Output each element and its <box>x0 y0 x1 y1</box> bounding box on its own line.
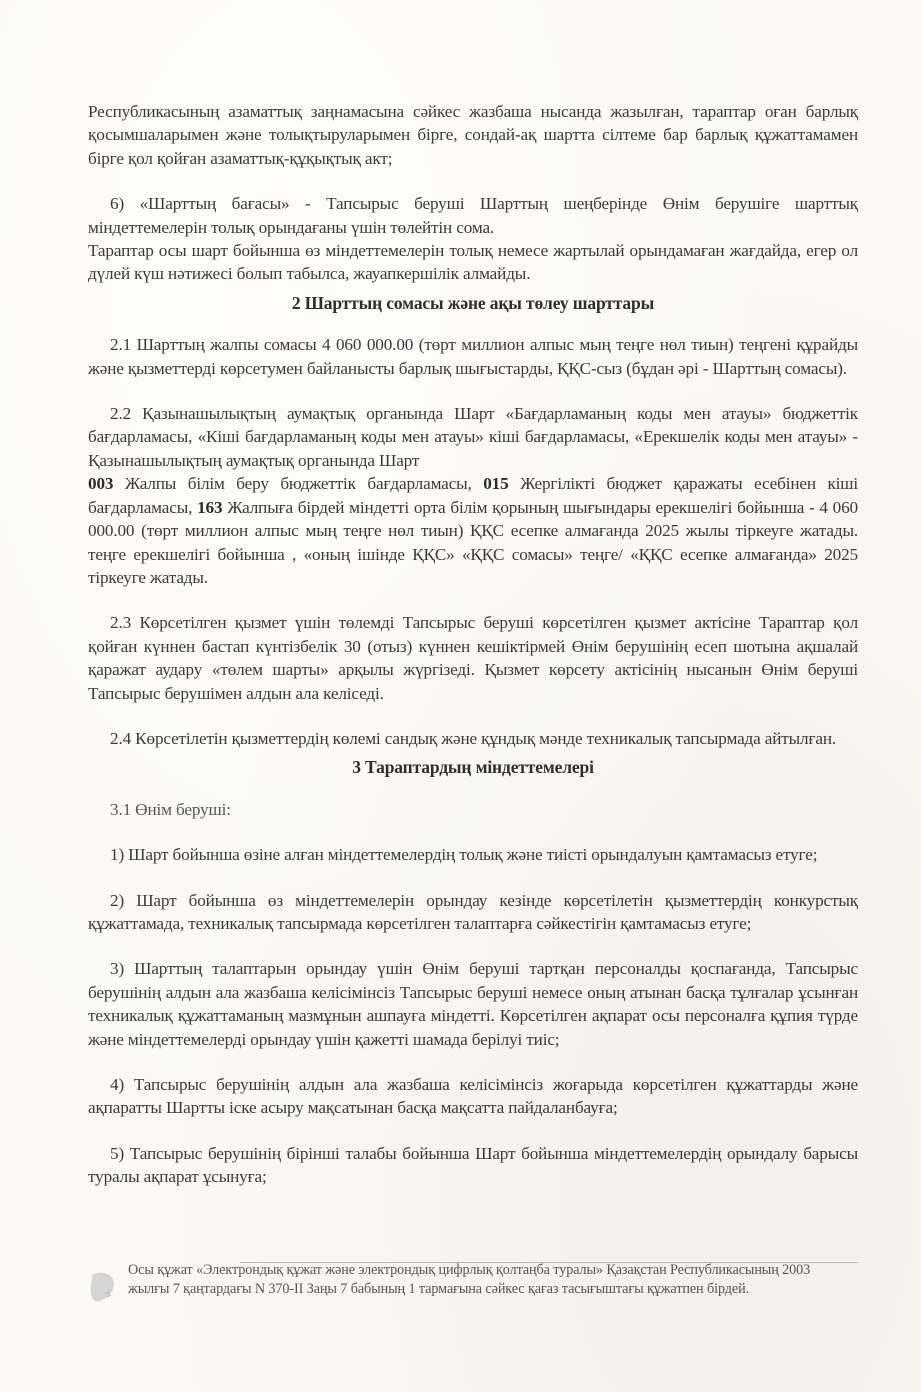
obligation-item-5: 5) Тапсырыс берушінің бірінші талабы бой… <box>88 1142 858 1189</box>
clause-2-4: 2.4 Көрсетілетін қызметтердің көлемі сан… <box>88 727 858 750</box>
clause-2-3: 2.3 Көрсетілген қызмет үшін төлемді Тапс… <box>88 611 858 705</box>
section-3-heading: 3 Тараптардың міндеттемелері <box>88 756 858 779</box>
e-signature-seal-icon <box>88 1270 118 1304</box>
budget-program-code: 003 <box>88 474 113 493</box>
obligation-item-3: 3) Шарттың талаптарын орындау үшін Өнім … <box>88 957 858 1051</box>
e-signature-note: Осы құжат «Электрондық құжат және электр… <box>128 1261 828 1299</box>
intro-paragraph: Республикасының азаматтық заңнамасына сә… <box>88 100 858 170</box>
section-2-heading: 2 Шарттың сомасы және ақы төлеу шарттары <box>88 292 858 315</box>
specific-code: 163 <box>197 498 222 517</box>
force-majeure-paragraph: Тараптар осы шарт бойынша өз міндеттемел… <box>88 239 858 286</box>
clause-2-2: 2.2 Қазынашылықтың аумақтық органында Ша… <box>88 402 858 589</box>
document-page: Республикасының азаматтық заңнамасына сә… <box>0 0 921 1392</box>
clause-2-1: 2.1 Шарттың жалпы сомасы 4 060 000.00 (т… <box>88 333 858 380</box>
clause-2-2-text-2: Жалпы білім беру бюджеттік бағдарламасы, <box>113 474 483 493</box>
obligation-item-2: 2) Шарт бойынша өз міндеттемелерін орынд… <box>88 889 858 936</box>
obligation-item-4: 4) Тапсырыс берушінің алдын ала жазбаша … <box>88 1073 858 1120</box>
obligation-item-1: 1) Шарт бойынша өзіне алған міндеттемеле… <box>88 843 858 866</box>
document-body: Республикасының азаматтық заңнамасына сә… <box>88 100 858 1189</box>
subprogram-code: 015 <box>483 474 508 493</box>
clause-3-1: 3.1 Өнім беруші: <box>88 798 858 821</box>
clause-2-2-text-1: 2.2 Қазынашылықтың аумақтық органында Ша… <box>88 404 858 470</box>
definition-item-6: 6) «Шарттың бағасы» - Тапсырыс беруші Ша… <box>88 192 858 239</box>
